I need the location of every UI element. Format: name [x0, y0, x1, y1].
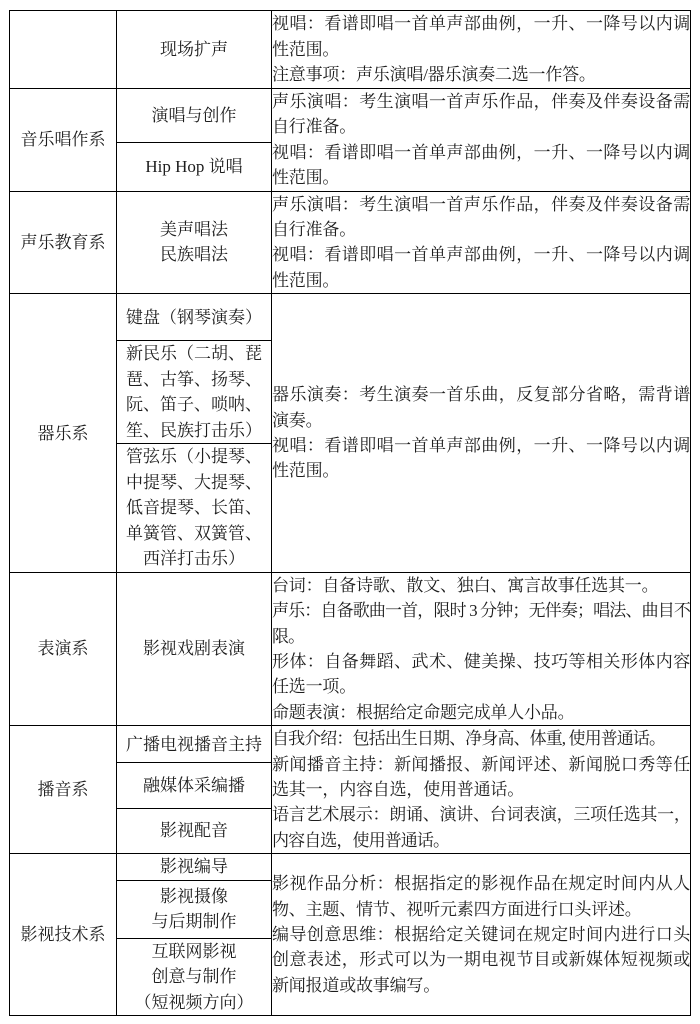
- document-page: 现场扩声 视唱：看谱即唱一首单声部曲例，一升、一降号以内调性范围。 注意事项：声…: [9, 10, 691, 1016]
- major-cell: 美声唱法 民族唱法: [117, 191, 272, 294]
- major-line: 广播电视播音主持: [117, 732, 271, 758]
- requirement-paragraph: 命题表演：根据给定命题完成单人小品。: [272, 700, 690, 725]
- requirements-cell: 自我介绍：包括出生日期、净身高、体重, 使用普通话。 新闻播音主持：新闻播报、新…: [272, 726, 691, 854]
- requirement-paragraph: 注意事项：声乐演唱/器乐演奏二选一作答。: [272, 62, 690, 87]
- major-line: 互联网影视: [117, 939, 271, 965]
- requirement-paragraph: 视唱：看谱即唱一首单声部曲例，一升、一降号以内调性范围。: [272, 140, 690, 191]
- table-row: 音乐唱作系 演唱与创作 声乐演唱：考生演唱一首声乐作品，伴奏及伴奏设备需自行准备…: [10, 89, 691, 143]
- requirement-paragraph: 形体：自备舞蹈、武术、健美操、技巧等相关形体内容任选一项。: [272, 649, 690, 700]
- requirement-paragraph: 自我介绍：包括出生日期、净身高、体重, 使用普通话。: [272, 726, 690, 751]
- requirements-cell: 器乐演奏：考生演奏一首乐曲，反复部分省略，需背谱演奏。 视唱：看谱即唱一首单声部…: [272, 294, 691, 573]
- major-cell: 管弦乐（小提琴、 中提琴、大提琴、 低音提琴、长笛、 单簧管、双簧管、 西洋打击…: [117, 444, 272, 573]
- department-label: 声乐教育系: [10, 230, 116, 255]
- major-line: 与后期制作: [117, 909, 271, 935]
- major-cell: Hip Hop 说唱: [117, 143, 272, 191]
- requirement-paragraph: 影视作品分析：根据指定的影视作品在规定时间内从人物、主题、情节、视听元素四方面进…: [272, 871, 690, 922]
- department-cell: 播音系: [10, 726, 117, 854]
- major-line: 影视编导: [117, 854, 271, 880]
- requirement-paragraph: 声乐演唱：考生演唱一首声乐作品，伴奏及伴奏设备需自行准备。: [272, 89, 690, 140]
- requirement-paragraph: 视唱：看谱即唱一首单声部曲例，一升、一降号以内调性范围。: [272, 11, 690, 62]
- major-line: 低音提琴、长笛、: [117, 495, 271, 521]
- department-cell: 表演系: [10, 572, 117, 725]
- major-line: 影视摄像: [117, 884, 271, 910]
- major-cell: 互联网影视 创意与制作 （短视频方向）: [117, 938, 272, 1016]
- major-cell: 演唱与创作: [117, 89, 272, 143]
- department-label: 播音系: [10, 777, 116, 802]
- table-row: 现场扩声 视唱：看谱即唱一首单声部曲例，一升、一降号以内调性范围。 注意事项：声…: [10, 11, 691, 89]
- department-cell: 音乐唱作系: [10, 89, 117, 192]
- requirements-cell: 影视作品分析：根据指定的影视作品在规定时间内从人物、主题、情节、视听元素四方面进…: [272, 854, 691, 1016]
- requirement-paragraph: 声乐：自备歌曲一首，限时 3 分钟；无伴奏；唱法、曲目不限。: [272, 598, 690, 649]
- major-line: 笙、民族打击乐）: [117, 418, 271, 444]
- requirements-cell: 声乐演唱：考生演唱一首声乐作品，伴奏及伴奏设备需自行准备。 视唱：看谱即唱一首单…: [272, 89, 691, 192]
- major-line: 创意与制作: [117, 964, 271, 990]
- major-cell: 广播电视播音主持: [117, 726, 272, 763]
- department-cell: 器乐系: [10, 294, 117, 573]
- major-line: 中提琴、大提琴、: [117, 470, 271, 496]
- department-label: 影视技术系: [10, 922, 116, 947]
- major-cell: 融媒体采编播: [117, 763, 272, 808]
- major-cell: 现场扩声: [117, 11, 272, 89]
- requirement-paragraph: 新闻播音主持：新闻播报、新闻评述、新闻脱口秀等任选其一，内容自选，使用普通话。: [272, 752, 690, 803]
- major-line: 阮、笛子、唢呐、: [117, 392, 271, 418]
- department-cell: 影视技术系: [10, 854, 117, 1016]
- major-cell: 影视摄像 与后期制作: [117, 880, 272, 938]
- department-cell: [10, 11, 117, 89]
- requirement-paragraph: 声乐演唱：考生演唱一首声乐作品，伴奏及伴奏设备需自行准备。: [272, 192, 690, 243]
- major-line: 琶、古筝、扬琴、: [117, 367, 271, 393]
- table-row: 表演系 影视戏剧表演 台词：自备诗歌、散文、独白、寓言故事任选其一。 声乐：自备…: [10, 572, 691, 725]
- requirements-cell: 台词：自备诗歌、散文、独白、寓言故事任选其一。 声乐：自备歌曲一首，限时 3 分…: [272, 572, 691, 725]
- major-line: 影视配音: [117, 818, 271, 844]
- requirement-paragraph: 视唱：看谱即唱一首单声部曲例，一升、一降号以内调性范围。: [272, 242, 690, 293]
- table-row: 声乐教育系 美声唱法 民族唱法 声乐演唱：考生演唱一首声乐作品，伴奏及伴奏设备需…: [10, 191, 691, 294]
- department-cell: 声乐教育系: [10, 191, 117, 294]
- major-line: 演唱与创作: [117, 103, 271, 129]
- major-cell: 影视编导: [117, 854, 272, 881]
- requirement-paragraph: 编导创意思维：根据给定关键词在规定时间内进行口头创意表述，形式可以为一期电视节目…: [272, 922, 690, 998]
- table-row: 影视技术系 影视编导 影视作品分析：根据指定的影视作品在规定时间内从人物、主题、…: [10, 854, 691, 881]
- table-row: 器乐系 键盘（钢琴演奏） 器乐演奏：考生演奏一首乐曲，反复部分省略，需背谱演奏。…: [10, 294, 691, 341]
- major-line: 影视戏剧表演: [117, 636, 271, 662]
- major-line: 融媒体采编播: [117, 773, 271, 799]
- requirement-paragraph: 台词：自备诗歌、散文、独白、寓言故事任选其一。: [272, 573, 690, 598]
- major-line: 现场扩声: [117, 37, 271, 63]
- major-line: 新民乐（二胡、琵: [117, 341, 271, 367]
- department-label: 器乐系: [10, 421, 116, 446]
- requirements-cell: 视唱：看谱即唱一首单声部曲例，一升、一降号以内调性范围。 注意事项：声乐演唱/器…: [272, 11, 691, 89]
- major-cell: 影视戏剧表演: [117, 572, 272, 725]
- major-line: Hip Hop 说唱: [117, 154, 271, 180]
- major-line: 单簧管、双簧管、: [117, 521, 271, 547]
- requirements-cell: 声乐演唱：考生演唱一首声乐作品，伴奏及伴奏设备需自行准备。 视唱：看谱即唱一首单…: [272, 191, 691, 294]
- major-cell: 影视配音: [117, 808, 272, 853]
- table-row: 播音系 广播电视播音主持 自我介绍：包括出生日期、净身高、体重, 使用普通话。 …: [10, 726, 691, 763]
- major-line: 键盘（钢琴演奏）: [117, 305, 271, 331]
- major-line: 管弦乐（小提琴、: [117, 444, 271, 470]
- major-line: 民族唱法: [117, 242, 271, 268]
- requirement-paragraph: 视唱：看谱即唱一首单声部曲例，一升、一降号以内调性范围。: [272, 433, 690, 484]
- major-line: 美声唱法: [117, 217, 271, 243]
- major-cell: 键盘（钢琴演奏）: [117, 294, 272, 341]
- major-line: 西洋打击乐）: [117, 546, 271, 572]
- requirement-paragraph: 语言艺术展示：朗诵、演讲、台词表演，三项任选其一，内容自选，使用普通话。: [272, 802, 690, 853]
- major-cell: 新民乐（二胡、琵 琶、古筝、扬琴、 阮、笛子、唢呐、 笙、民族打击乐）: [117, 341, 272, 444]
- major-line: （短视频方向）: [117, 990, 271, 1016]
- requirement-paragraph: 器乐演奏：考生演奏一首乐曲，反复部分省略，需背谱演奏。: [272, 382, 690, 433]
- department-label: 表演系: [10, 636, 116, 661]
- department-label: 音乐唱作系: [10, 127, 116, 152]
- department-exam-table: 现场扩声 视唱：看谱即唱一首单声部曲例，一升、一降号以内调性范围。 注意事项：声…: [9, 10, 691, 1016]
